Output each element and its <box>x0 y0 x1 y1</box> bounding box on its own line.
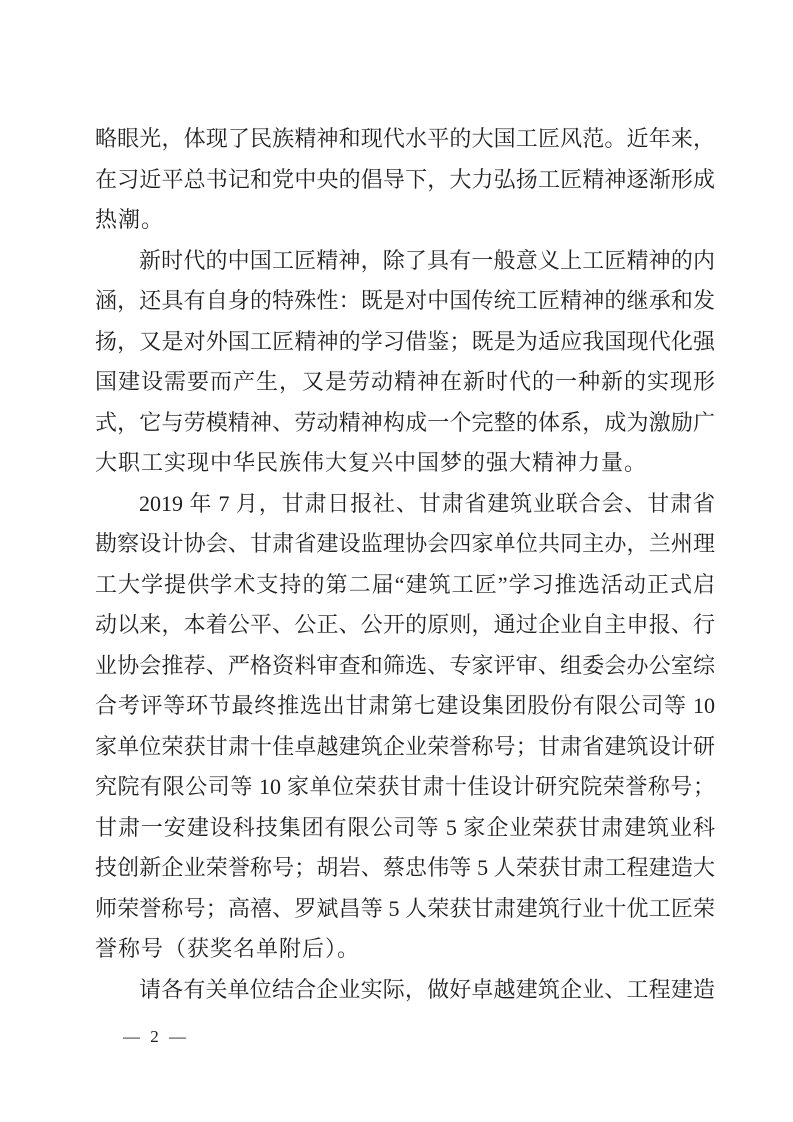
document-body: 略眼光，体现了民族精神和现代水平的大国工匠风范。近年来， 在习近平总书记和党中央… <box>95 119 715 1010</box>
text-line: 式，它与劳模精神、劳动精神构成一个完整的体系，成为激励广 <box>95 403 715 444</box>
text-line: 动以来，本着公平、公正、公开的原则，通过企业自主申报、行 <box>95 605 715 646</box>
text-line: 扬，又是对外国工匠精神的学习借鉴；既是为适应我国现代化强 <box>95 322 715 363</box>
page-number: — 2 — <box>123 1027 189 1047</box>
text-line: 国建设需要而产生，又是劳动精神在新时代的一种新的实现形 <box>95 362 715 403</box>
text-line: 师荣誉称号；高禧、罗斌昌等 5 人荣获甘肃建筑行业十优工匠荣 <box>95 889 715 930</box>
paragraph: 2019 年 7 月，甘肃日报社、甘肃省建筑业联合会、甘肃省 勘察设计协会、甘肃… <box>95 484 715 970</box>
text-line: 合考评等环节最终推选出甘肃第七建设集团股份有限公司等 10 <box>95 686 715 727</box>
text-line: 究院有限公司等 10 家单位荣获甘肃十佳设计研究院荣誉称号； <box>95 767 715 808</box>
text-line: 甘肃一安建设科技集团有限公司等 5 家企业荣获甘肃建筑业科 <box>95 808 715 849</box>
text-line: 大职工实现中华民族伟大复兴中国梦的强大精神力量。 <box>95 443 715 484</box>
text-line: 誉称号（获奖名单附后）。 <box>95 929 715 970</box>
text-line: 略眼光，体现了民族精神和现代水平的大国工匠风范。近年来， <box>95 119 715 160</box>
text-line: 家单位荣获甘肃十佳卓越建筑企业荣誉称号；甘肃省建筑设计研 <box>95 727 715 768</box>
text-line: 热潮。 <box>95 200 715 241</box>
document-page: 略眼光，体现了民族精神和现代水平的大国工匠风范。近年来， 在习近平总书记和党中央… <box>0 0 793 1122</box>
text-line: 2019 年 7 月，甘肃日报社、甘肃省建筑业联合会、甘肃省 <box>95 484 715 525</box>
text-line: 工大学提供学术支持的第二届“建筑工匠”学习推选活动正式启 <box>95 565 715 606</box>
text-line: 请各有关单位结合企业实际，做好卓越建筑企业、工程建造 <box>95 970 715 1011</box>
text-line: 涵，还具有自身的特殊性：既是对中国传统工匠精神的继承和发 <box>95 281 715 322</box>
paragraph: 略眼光，体现了民族精神和现代水平的大国工匠风范。近年来， 在习近平总书记和党中央… <box>95 119 715 241</box>
text-line: 在习近平总书记和党中央的倡导下，大力弘扬工匠精神逐渐形成 <box>95 160 715 201</box>
text-line: 勘察设计协会、甘肃省建设监理协会四家单位共同主办，兰州理 <box>95 524 715 565</box>
text-line: 新时代的中国工匠精神，除了具有一般意义上工匠精神的内 <box>95 241 715 282</box>
text-line: 技创新企业荣誉称号；胡岩、蔡忠伟等 5 人荣获甘肃工程建造大 <box>95 848 715 889</box>
paragraph: 新时代的中国工匠精神，除了具有一般意义上工匠精神的内 涵，还具有自身的特殊性：既… <box>95 241 715 484</box>
text-line: 业协会推荐、严格资料审查和筛选、专家评审、组委会办公室综 <box>95 646 715 687</box>
paragraph: 请各有关单位结合企业实际，做好卓越建筑企业、工程建造 <box>95 970 715 1011</box>
